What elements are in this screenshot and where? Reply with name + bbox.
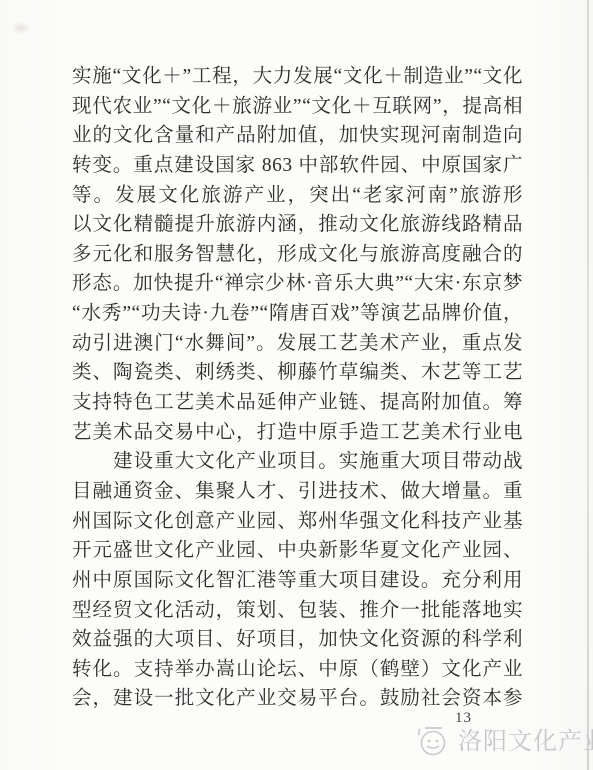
text-line: 效益强的大项目、好项目，加快文化资源的科学利用和有效 (72, 625, 523, 655)
text-line: 动引进澳门“水舞间”。发展工艺美术产业，重点发展雕塑 (72, 329, 523, 359)
text-line: 形态。加快提升“禅宗少林·音乐大典”“大宋·东京梦华” (72, 269, 523, 299)
document-body-text: 实施“文化＋”工程，大力发展“文化＋制造业”“文化＋ 现代农业”“文化＋旅游业”… (72, 62, 523, 714)
text-line: 业的文化含量和产品附加值，加快实现河南制造向河南创造 (72, 121, 523, 151)
text-line: 州国际文化创意产业园、郑州华强文化科技产业基地、少林· (72, 507, 523, 537)
watermark: 洛阳文化产业 (416, 719, 593, 757)
watermark-logo-icon (416, 719, 454, 757)
watermark-label: 洛阳文化产业 (458, 721, 593, 756)
text-line: 多元化和服务智慧化，形成文化与旅游高度融合的产业发展 (72, 240, 523, 270)
text-line: 支持特色工艺美术品延伸产业链、提高附加值。筹建中原工 (72, 388, 523, 418)
scan-smudge-artifact (14, 24, 28, 32)
text-line: 型经贸文化活动，策划、包装、推介一批能落地实施、带动 (72, 596, 523, 626)
text-line: 开元盛世文化产业园、中央新影华夏文化产业园、中国·郑 (72, 536, 523, 566)
page-number: 13 (455, 710, 472, 727)
text-line: 现代农业”“文化＋旅游业”“文化＋互联网”，提高相关产 (72, 92, 523, 122)
text-line: 建设重大文化产业项目。实施重大项目带动战略，以项 (72, 447, 523, 477)
text-line: 转变。重点建设国家 863 中部软件园、中原国家广告产业园 (72, 151, 523, 181)
text-line: 类、陶瓷类、刺绣类、柳藤竹草编类、木艺等工艺美术品， (72, 358, 523, 388)
text-line: 以文化精髓提升旅游内涵，推动文化旅游线路精品化、产品 (72, 210, 523, 240)
scanned-document-page: 实施“文化＋”工程，大力发展“文化＋制造业”“文化＋ 现代农业”“文化＋旅游业”… (0, 0, 593, 770)
text-line: 艺美术品交易中心，打造中原手造工艺美术行业电商平台。 (72, 418, 523, 448)
paragraph: 建设重大文化产业项目。实施重大项目带动战略，以项 目融通资金、集聚人才、引进技术… (72, 447, 523, 714)
text-line: “水秀”“功夫诗·九卷”“隋唐百戏”等演艺品牌价值，推 (72, 299, 523, 329)
text-line: 等。发展文化旅游产业，突出“老家河南”旅游形象，注重 (72, 181, 523, 211)
text-line: 转化。支持举办嵩山论坛、中原（鹤壁）文化产业博览交易 (72, 655, 523, 685)
text-line: 州中原国际文化智汇港等重大项目建设。充分利用国内外大 (72, 566, 523, 596)
paragraph: 实施“文化＋”工程，大力发展“文化＋制造业”“文化＋ 现代农业”“文化＋旅游业”… (72, 62, 523, 447)
scan-edge-line (587, 0, 589, 770)
text-line: 目融通资金、集聚人才、引进技术、做大增量。重点抓好郑 (72, 477, 523, 507)
text-line: 实施“文化＋”工程，大力发展“文化＋制造业”“文化＋ (72, 62, 523, 92)
